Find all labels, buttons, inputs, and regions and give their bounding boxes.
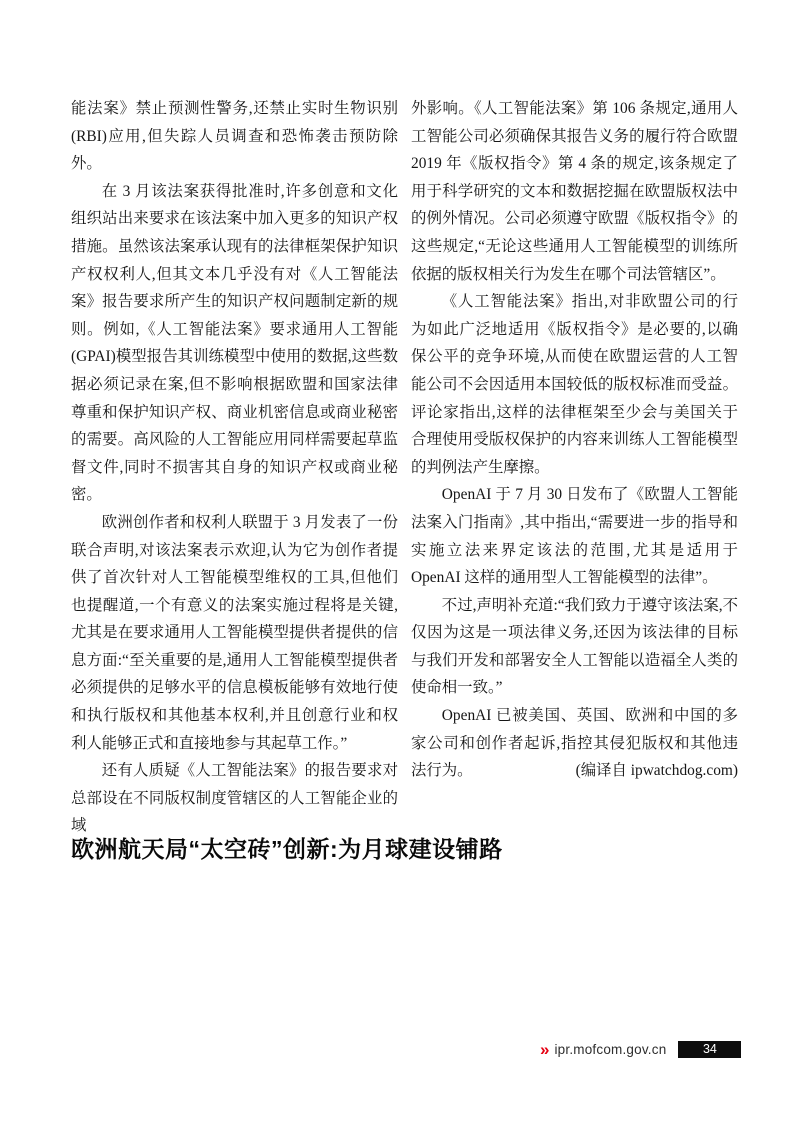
source-attribution: (编译自 ipwatchdog.com) bbox=[545, 757, 738, 785]
site-url: ipr.mofcom.gov.cn bbox=[554, 1042, 666, 1057]
paragraph: 能法案》禁止预测性警务,还禁止实时生物识别(RBI)应用,但失踪人员调查和恐怖袭… bbox=[71, 95, 398, 178]
article-body: 能法案》禁止预测性警务,还禁止实时生物识别(RBI)应用,但失踪人员调查和恐怖袭… bbox=[71, 95, 738, 840]
page-number-badge: 34 bbox=[678, 1041, 741, 1058]
right-column: 外影响。《人工智能法案》第 106 条规定,通用人工智能公司必须确保其报告义务的… bbox=[411, 95, 738, 840]
left-column: 能法案》禁止预测性警务,还禁止实时生物识别(RBI)应用,但失踪人员调查和恐怖袭… bbox=[71, 95, 398, 840]
paragraph: 欧洲创作者和权利人联盟于 3 月发表了一份联合声明,对该法案表示欢迎,认为它为创… bbox=[71, 509, 398, 757]
paragraph: 外影响。《人工智能法案》第 106 条规定,通用人工智能公司必须确保其报告义务的… bbox=[411, 95, 738, 288]
double-chevron-icon: » bbox=[540, 1041, 548, 1058]
paragraph: OpenAI 已被美国、英国、欧洲和中国的多家公司和创作者起诉,指控其侵犯版权和… bbox=[411, 702, 738, 785]
paragraph: 《人工智能法案》指出,对非欧盟公司的行为如此广泛地适用《版权指令》是必要的,以确… bbox=[411, 288, 738, 481]
paragraph: 不过,声明补充道:“我们致力于遵守该法案,不仅因为这是一项法律义务,还因为该法律… bbox=[411, 592, 738, 702]
paragraph: 在 3 月该法案获得批准时,许多创意和文化组织站出来要求在该法案中加入更多的知识… bbox=[71, 178, 398, 509]
document-page: 能法案》禁止预测性警务,还禁止实时生物识别(RBI)应用,但失踪人员调查和恐怖袭… bbox=[0, 0, 794, 1122]
page-footer: » ipr.mofcom.gov.cn 34 bbox=[540, 1039, 741, 1059]
paragraph: 还有人质疑《人工智能法案》的报告要求对总部设在不同版权制度管辖区的人工智能企业的… bbox=[71, 757, 398, 840]
next-article-heading: 欧洲航天局“太空砖”创新:为月球建设铺路 bbox=[71, 831, 503, 864]
paragraph: OpenAI 于 7 月 30 日发布了《欧盟人工智能法案入门指南》,其中指出,… bbox=[411, 481, 738, 591]
